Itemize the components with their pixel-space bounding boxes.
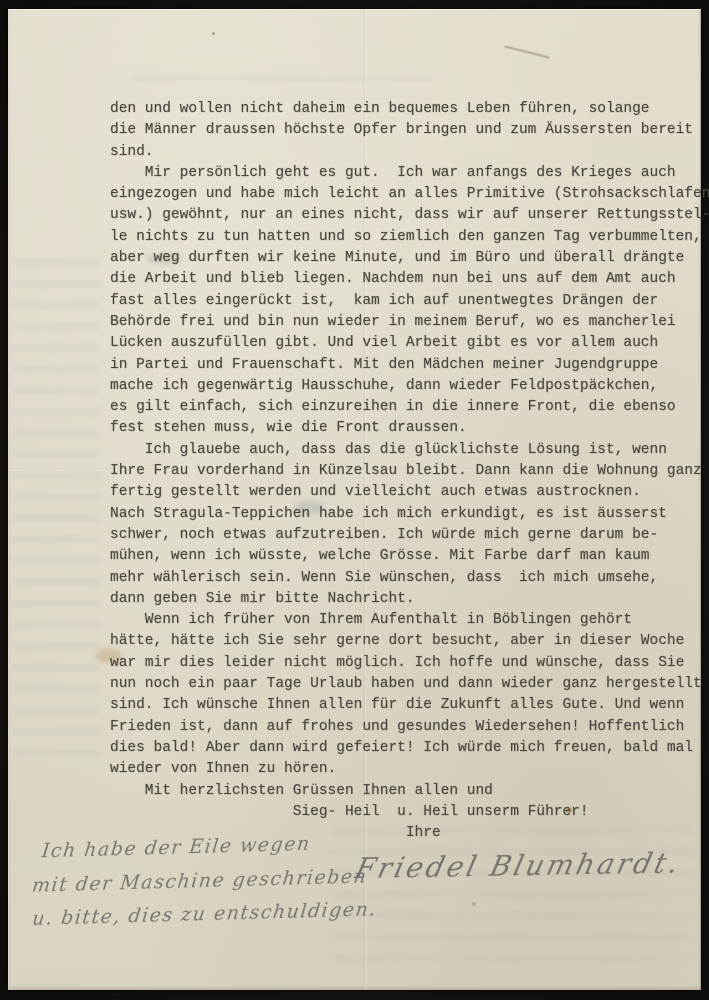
- typed-line: Behörde frei und bin nun wieder in meine…: [110, 312, 709, 333]
- handwritten-signature: Friedel Blumhardt.: [352, 846, 685, 885]
- scratch-mark: [505, 45, 550, 58]
- typed-line: die Männer draussen höchste Opfer bringe…: [110, 120, 709, 141]
- typed-line: Sieg- Heil u. Heil unserm Führer!: [110, 802, 709, 823]
- scan-background: den und wollen nicht daheim ein bequemes…: [0, 0, 709, 1000]
- typed-line: dann geben Sie mir bitte Nachricht.: [110, 589, 709, 610]
- typed-line: hätte, hätte ich Sie sehr gerne dort bes…: [110, 631, 709, 652]
- typed-line: war mir dies leider nicht möglich. Ich h…: [110, 653, 709, 674]
- typed-line: Ich glauebe auch, dass das die glücklich…: [110, 440, 709, 461]
- typed-line: in Partei und Frauenschaft. Mit den Mädc…: [110, 355, 709, 376]
- typed-line: den und wollen nicht daheim ein bequemes…: [110, 99, 709, 120]
- typed-line: Lücken auszufüllen gibt. Und viel Arbeit…: [110, 333, 709, 354]
- typed-line: Nach Stragula-Teppichen habe ich mich er…: [110, 504, 709, 525]
- typed-line: fast alles eingerückt ist, kam ich auf u…: [110, 291, 709, 312]
- rust-speck: [472, 902, 476, 906]
- typed-line: mache ich gegenwärtig Hausschuhe, dann w…: [110, 376, 709, 397]
- letter-paper: den und wollen nicht daheim ein bequemes…: [8, 9, 701, 990]
- typed-line: le nichts zu tun hatten und so ziemlich …: [110, 227, 709, 248]
- typed-line: die Arbeit und blieb liegen. Nachdem nun…: [110, 269, 709, 290]
- typed-line: mühen, wenn ich wüsste, welche Grösse. M…: [110, 546, 709, 567]
- typed-line: fertig gestellt werden und vielleicht au…: [110, 482, 709, 503]
- typed-line: wieder von Ihnen zu hören.: [110, 759, 709, 780]
- typed-line: sind.: [110, 142, 709, 163]
- typed-line: fest stehen muss, wie die Front draussen…: [110, 418, 709, 439]
- typed-line: aber weg durften wir keine Minute, und i…: [110, 248, 709, 269]
- typed-letter-body: den und wollen nicht daheim ein bequemes…: [110, 99, 709, 844]
- dust-speck: [212, 32, 215, 35]
- typed-line: dies bald! Aber dann wird gefeiert! Ich …: [110, 738, 709, 759]
- typed-line: schwer, noch etwas aufzutreiben. Ich wür…: [110, 525, 709, 546]
- bleedthrough-smudge-top: [133, 75, 433, 99]
- typed-line: Mit herzlichsten Grüssen Ihnen allen und: [110, 781, 709, 802]
- typed-line: nun noch ein paar Tage Urlaub haben und …: [110, 674, 709, 695]
- typed-line: usw.) gewöhnt, nur an eines nicht, dass …: [110, 205, 709, 226]
- typed-line: Ihre Frau vorderhand in Künzelsau bleibt…: [110, 461, 709, 482]
- typed-line: eingezogen und habe mich leicht an alles…: [110, 184, 709, 205]
- typed-line: Frieden ist, dann auf frohes und gesunde…: [110, 717, 709, 738]
- typed-line: mehr wählerisch sein. Wenn Sie wünschen,…: [110, 568, 709, 589]
- typed-line: Wenn ich früher von Ihrem Aufenthalt in …: [110, 610, 709, 631]
- typed-line: Mir persönlich geht es gut. Ich war anfa…: [110, 163, 709, 184]
- typed-line: es gilt einfach, sich einzureihen in die…: [110, 397, 709, 418]
- bleedthrough-smudge-left: [12, 259, 100, 769]
- typed-line: sind. Ich wünsche Ihnen allen für die Zu…: [110, 695, 709, 716]
- handwritten-apology-note: Ich habe der Eile wegenmit der Maschine …: [32, 826, 373, 936]
